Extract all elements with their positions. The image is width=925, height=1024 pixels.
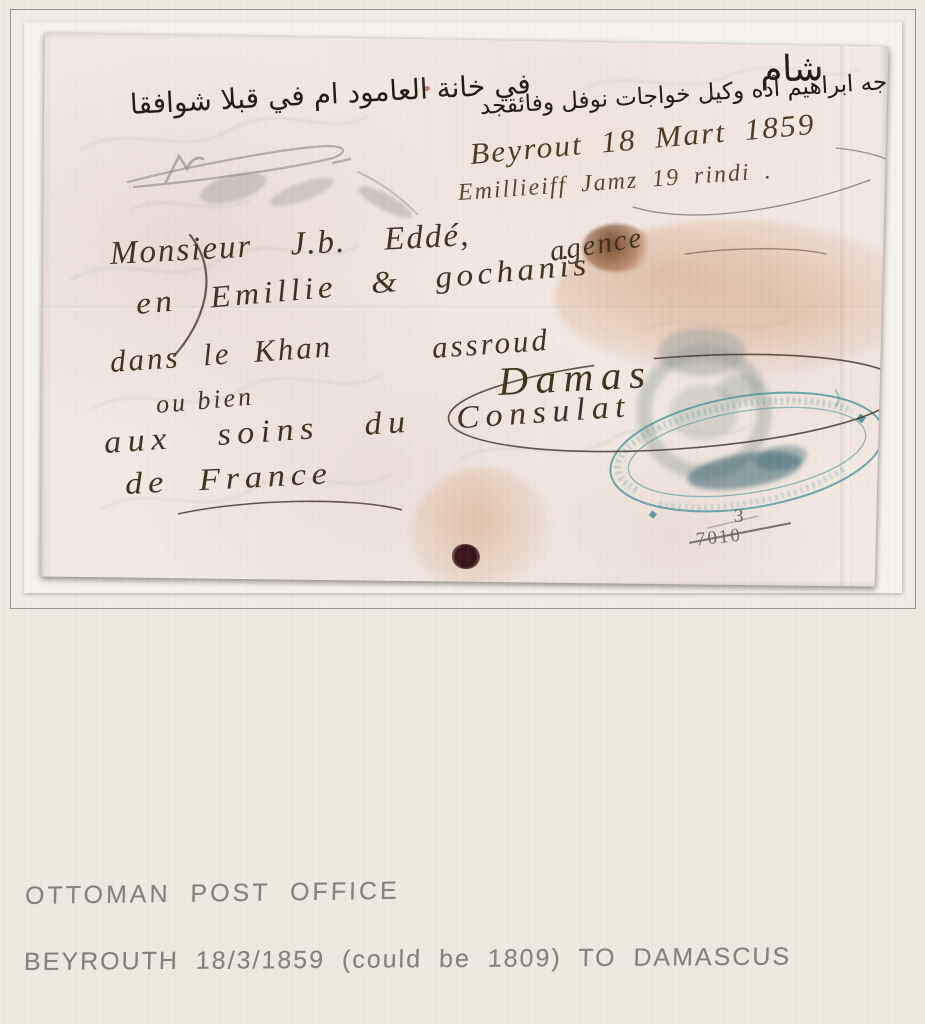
pencil-smudge-2 [267, 172, 337, 212]
folded-letter-cover: ◆ ◆ [40, 30, 889, 590]
album-page: ◆ ◆ [0, 0, 925, 1024]
fraction-denominator: 7010 [695, 525, 743, 552]
folded-letter-wrap: ◆ ◆ [40, 30, 889, 590]
caption-line-2: BEYROUTH 18/3/1859 (could be 1809) TO DA… [24, 943, 792, 977]
pencil-dash [333, 159, 350, 163]
caption-line-1: OTTOMAN POST OFFICE [25, 877, 400, 911]
pencil-fraction: 3 7010 [688, 506, 798, 554]
